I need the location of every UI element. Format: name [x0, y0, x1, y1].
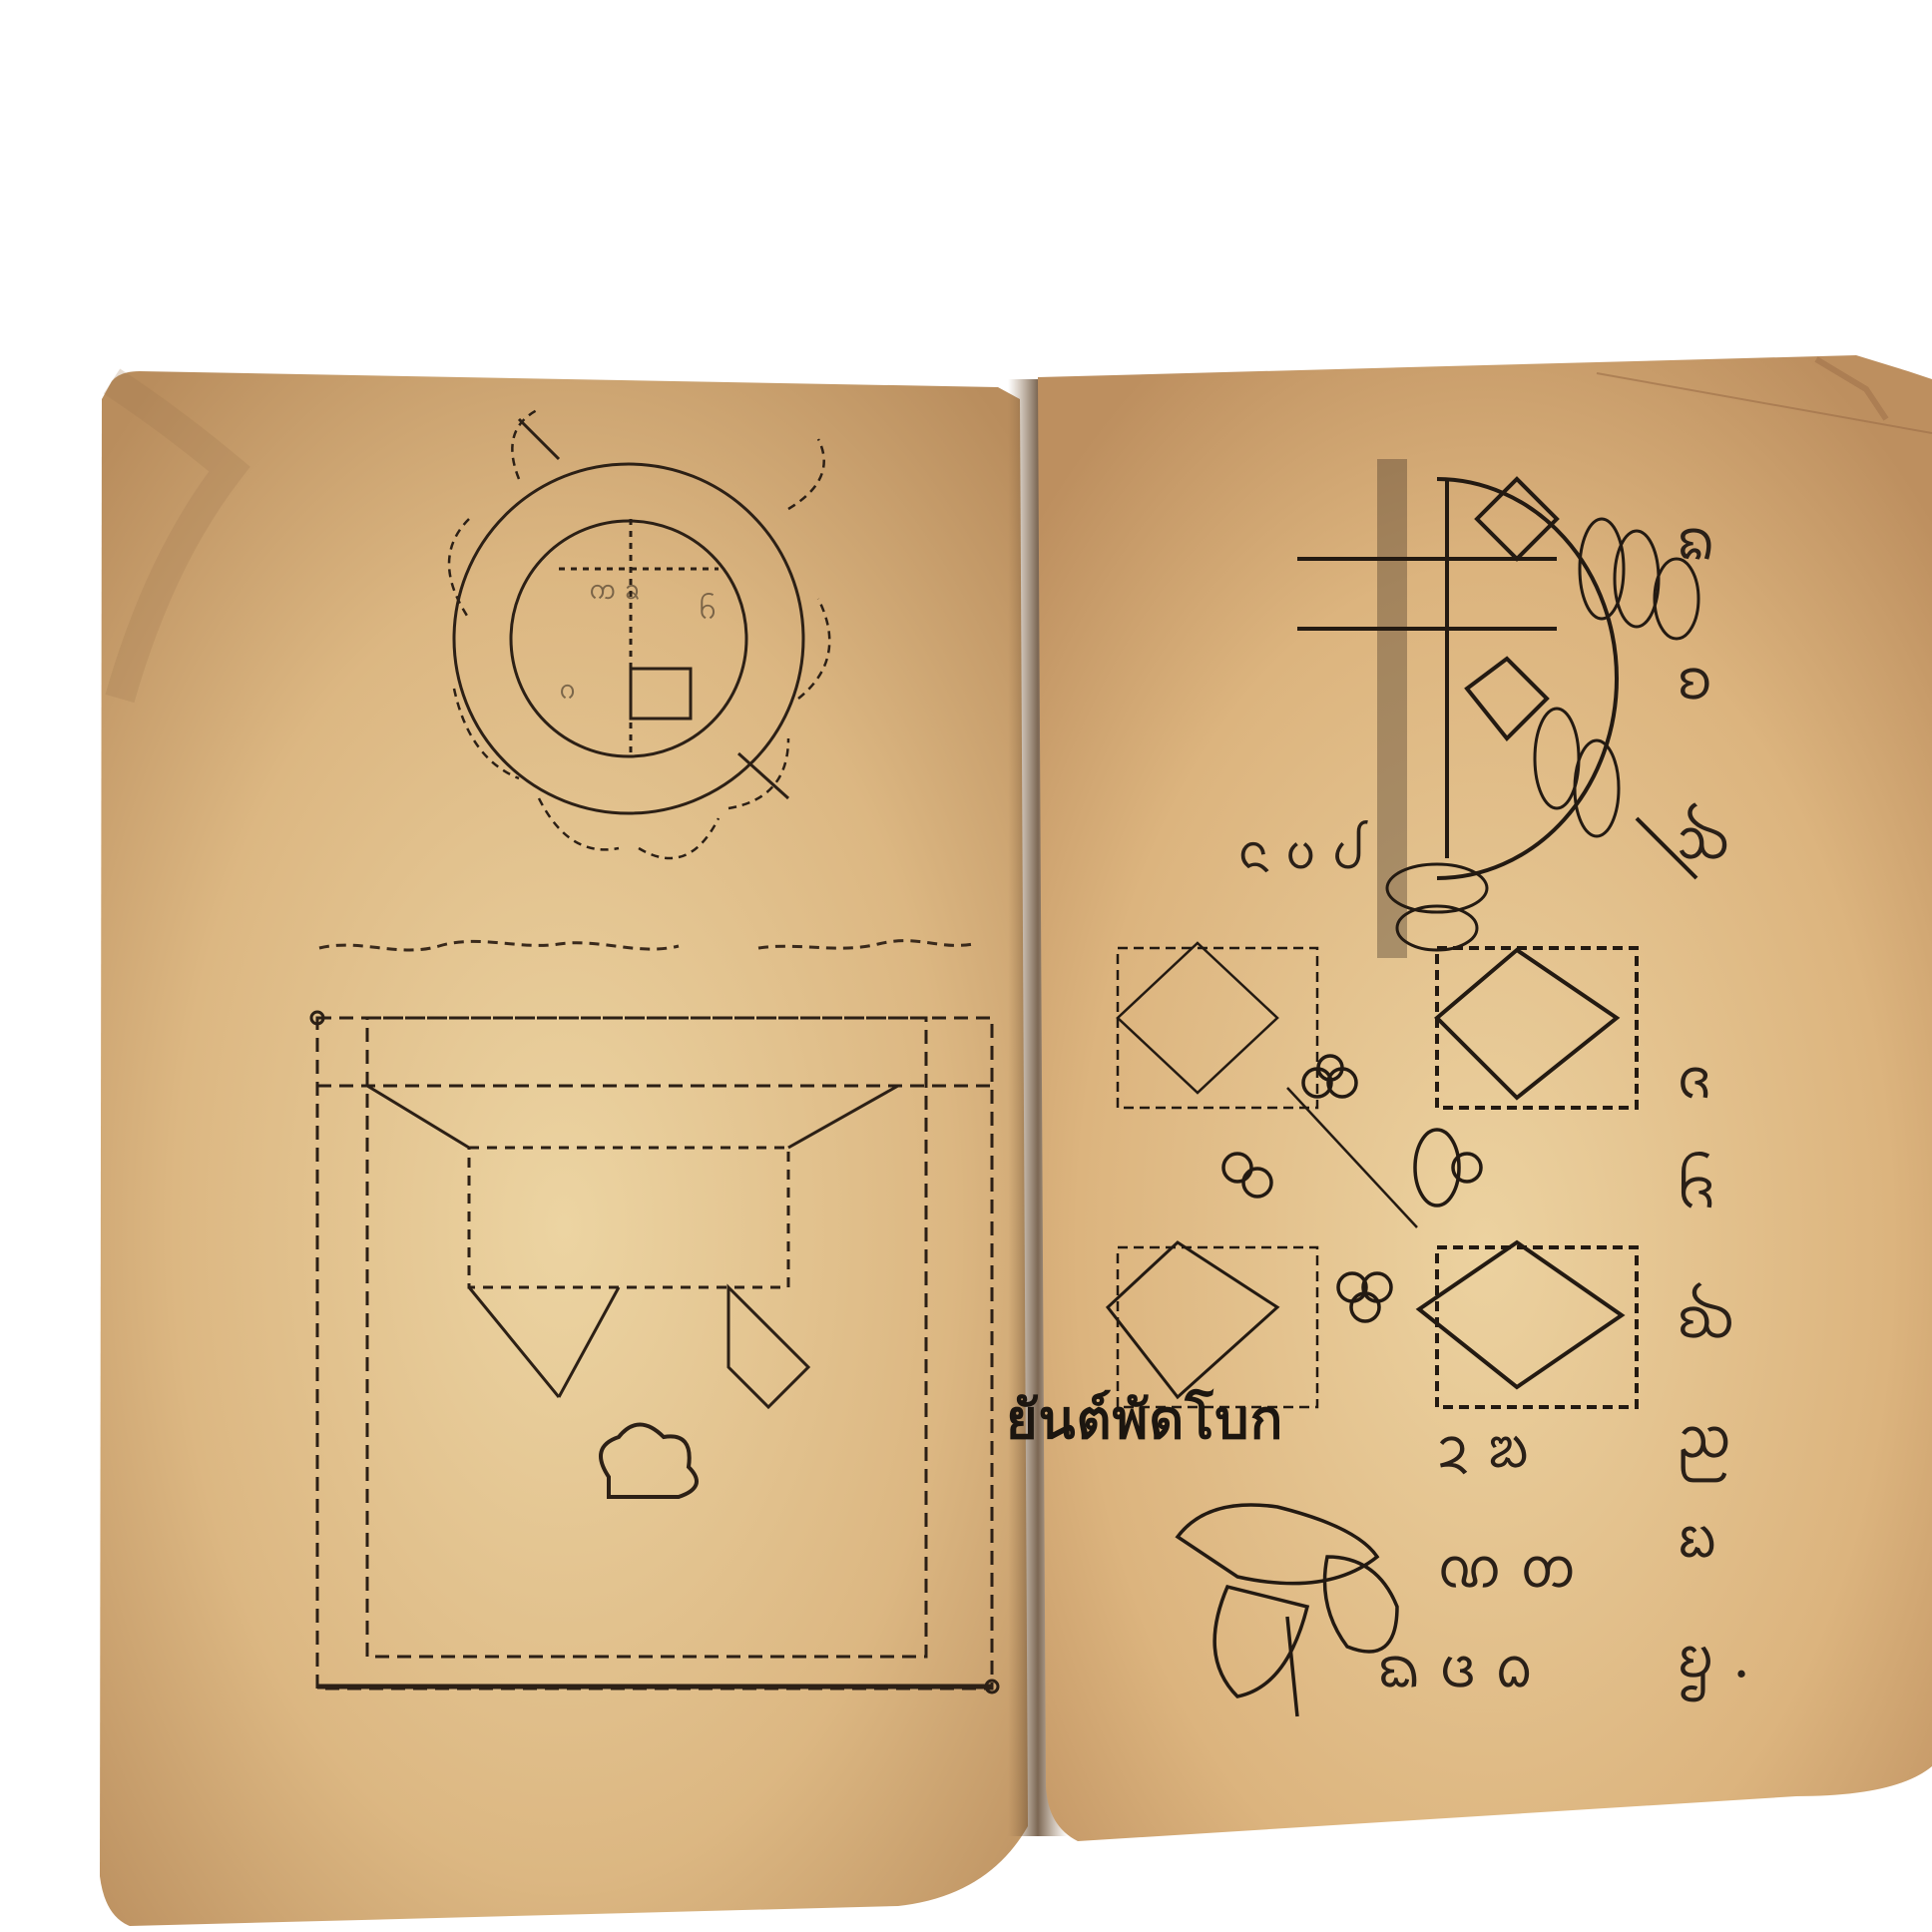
svg-text:ᨱ ᨲ: ᨱ ᨲ	[1437, 1536, 1577, 1601]
svg-text:ᨭ: ᨭ	[1677, 1506, 1718, 1571]
svg-text:ᨶ ᨷ ᨸ: ᨶ ᨷ ᨸ	[1237, 820, 1368, 880]
yantra-caption: ยันต์พัดโบก	[1006, 1393, 1283, 1447]
svg-text:ᨫ: ᨫ	[1677, 1282, 1735, 1351]
right-page: ᨦ ᨧ ᨨ ᨩ ᨪ ᨫ ᨬ ᨭ ᨮ . ᨯ ᨰ ᨱ ᨲ ᨳ ᨴ ᨵ ᨶ ᨷ ᨸ	[1038, 355, 1932, 1841]
svg-text:ᨪ: ᨪ	[1677, 1151, 1716, 1221]
svg-text:ᨦ: ᨦ	[1677, 508, 1715, 573]
svg-text:ᨳ ᨴ ᨵ: ᨳ ᨴ ᨵ	[1377, 1636, 1534, 1700]
svg-text:ᨠ ᨡ: ᨠ ᨡ	[589, 576, 641, 606]
left-page: ᨠ ᨡ ᨣ ᨤ	[100, 371, 1028, 1926]
svg-text:ᨤ: ᨤ	[699, 592, 717, 626]
svg-text:ᨧ: ᨧ	[1677, 648, 1713, 713]
book-photo: ᨠ ᨡ ᨣ ᨤ	[0, 0, 1932, 1932]
svg-text:ᨩ: ᨩ	[1677, 1047, 1711, 1112]
svg-text:ᨣ: ᨣ	[559, 676, 576, 706]
svg-text:ᨯ ᨰ: ᨯ ᨰ	[1437, 1416, 1531, 1481]
svg-text:ᨨ: ᨨ	[1677, 802, 1731, 872]
